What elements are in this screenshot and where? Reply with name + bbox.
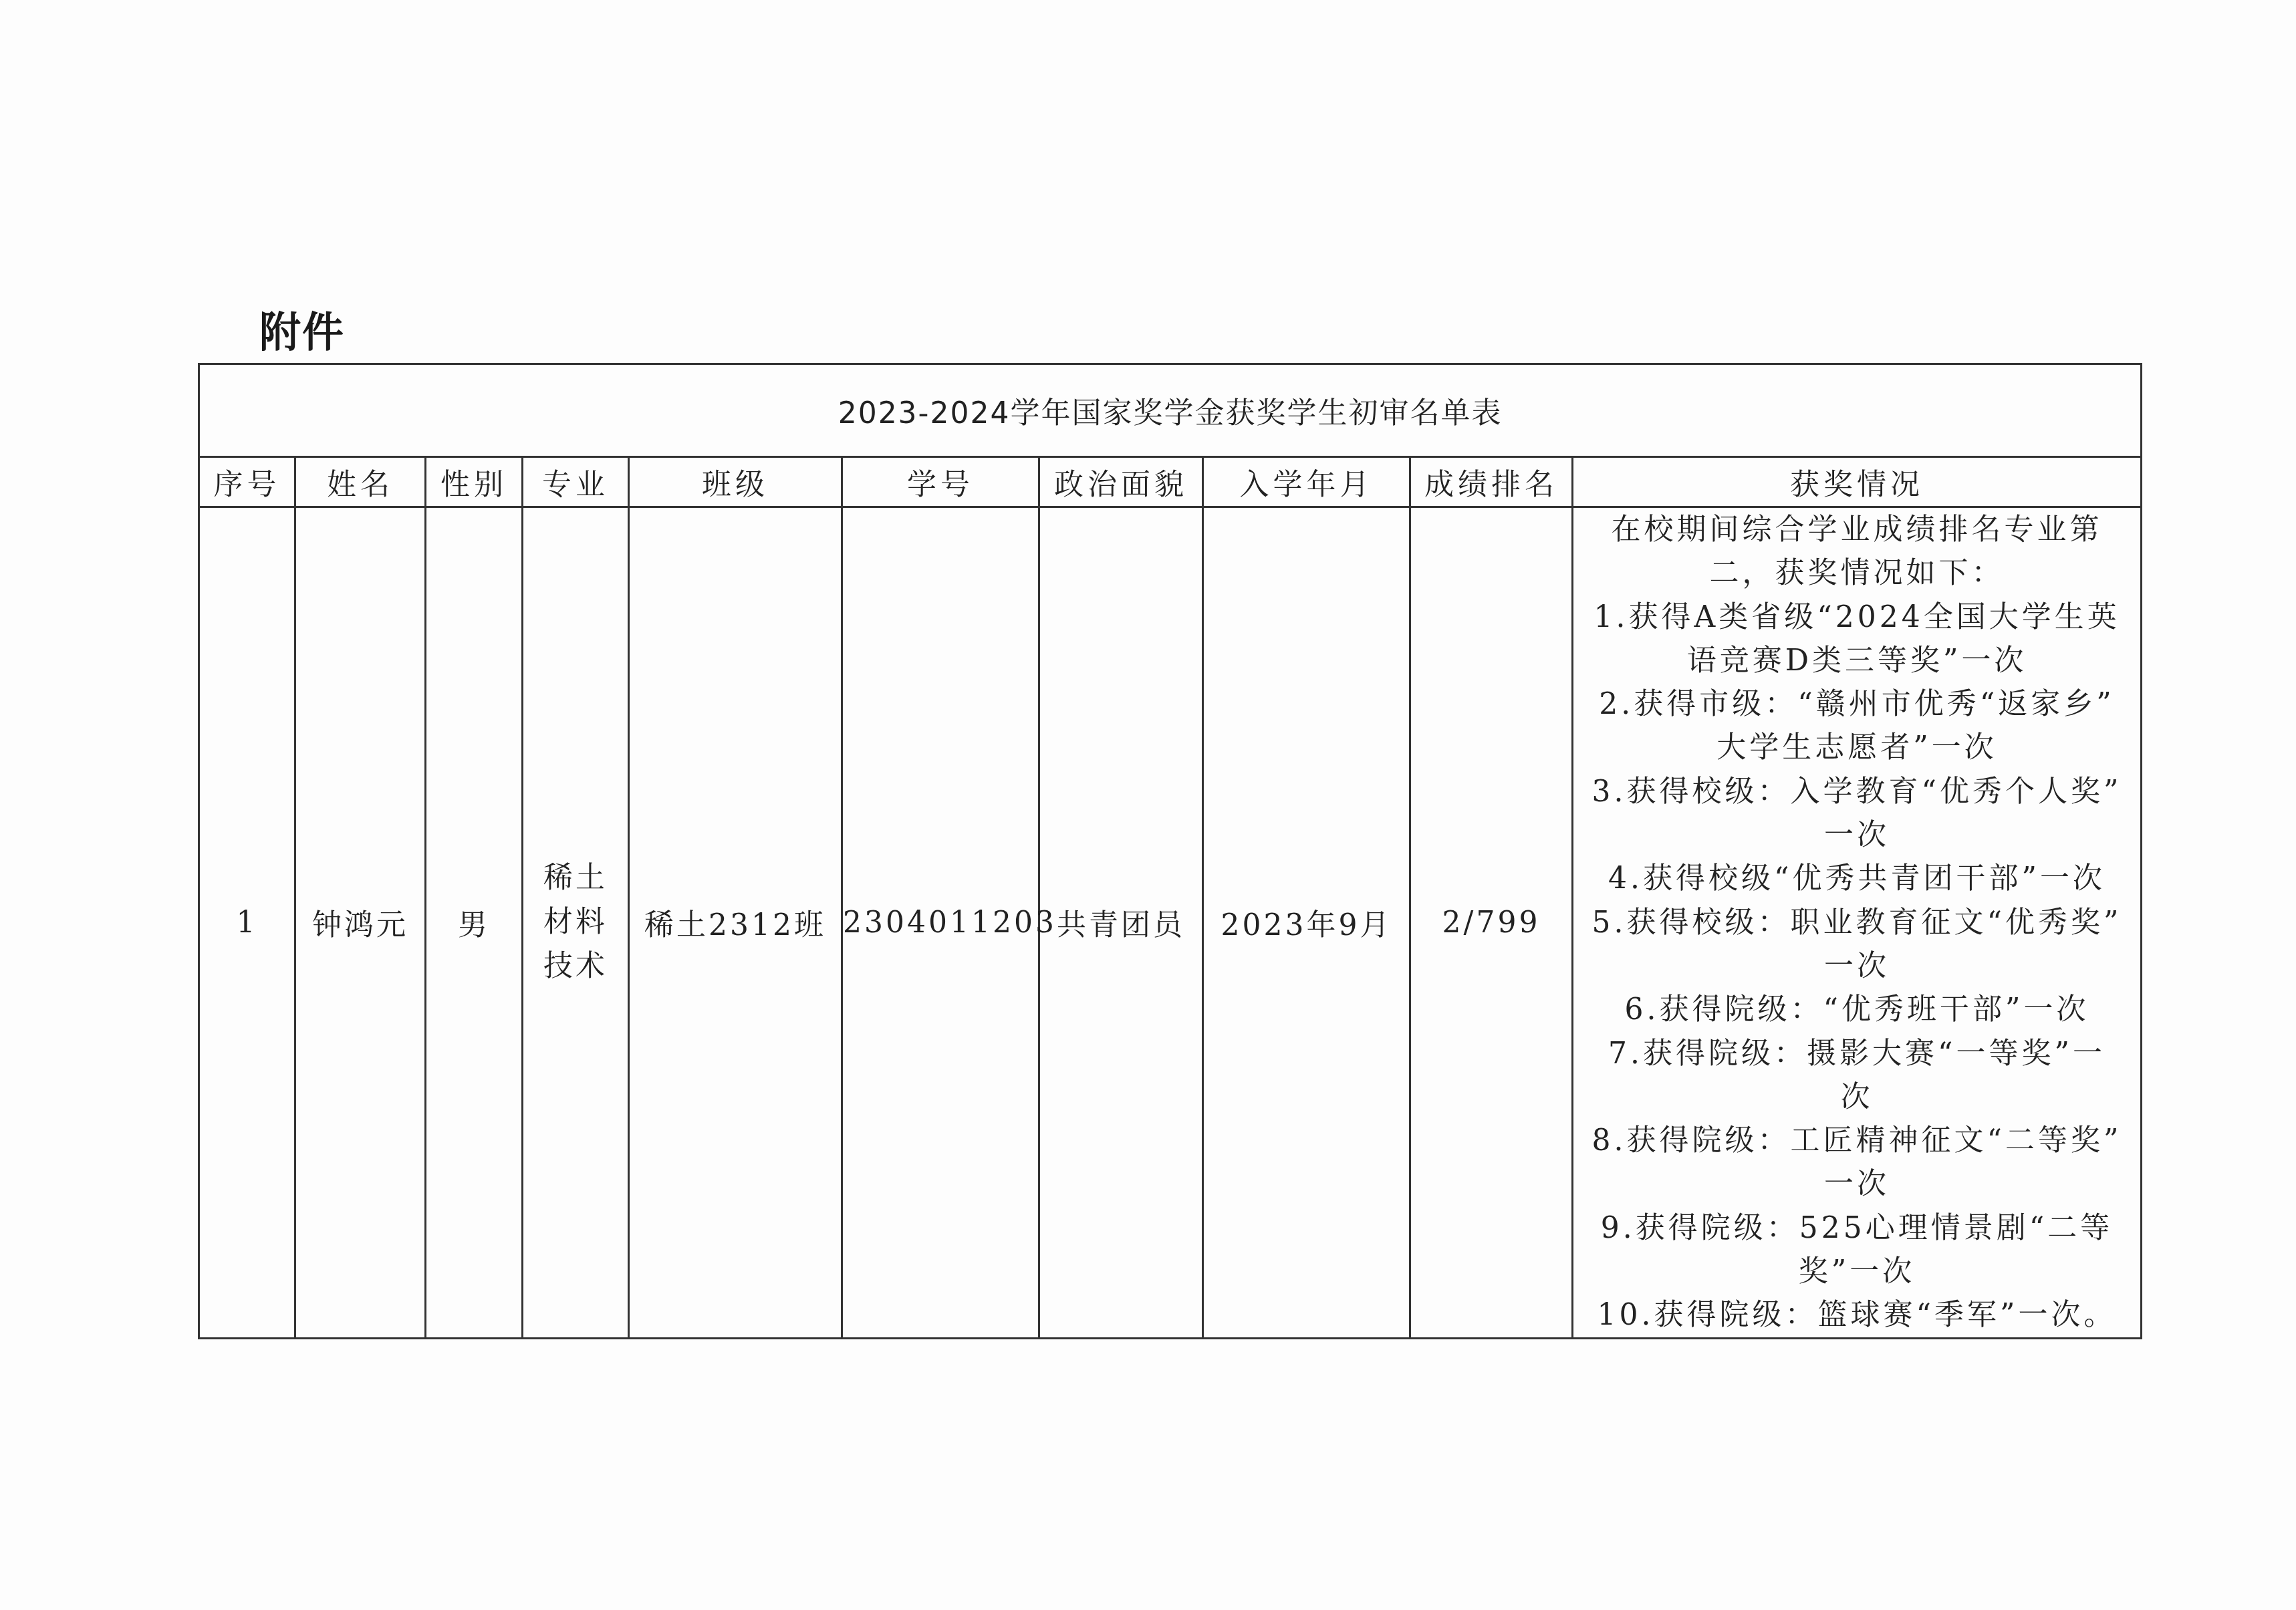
awards-line: 在校期间综合学业成绩排名专业第 [1573,508,2140,551]
column-header-index: 序号 [199,457,295,507]
awards-line: 大学生志愿者”一次 [1573,726,2140,769]
awards-line: 3.获得校级：入学教育“优秀个人奖” [1573,770,2140,813]
awards-line: 一次 [1573,1162,2140,1206]
awards-line: 2.获得市级：“赣州市优秀“返家乡” [1573,682,2140,726]
awards-line: 7.获得院级：摄影大赛“一等奖”一 [1573,1032,2140,1075]
cell-student-id: 2304011203 [842,507,1039,1339]
awards-line: 6.获得院级：“优秀班干部”一次 [1573,988,2140,1031]
major-line: 材料 [523,900,628,944]
table-header-row: 序号 姓名 性别 专业 班级 学号 政治面貌 入学年月 成绩排名 获奖情况 [199,457,2142,507]
awards-line: 语竞赛D类三等奖”一次 [1573,639,2140,682]
cell-political-status: 共青团员 [1039,507,1203,1339]
column-header-gender: 性别 [426,457,523,507]
cell-index: 1 [199,507,295,1339]
column-header-enrollment: 入学年月 [1203,457,1410,507]
column-header-rank: 成绩排名 [1410,457,1573,507]
awards-line: 奖”一次 [1573,1250,2140,1293]
awards-line: 1.获得A类省级“2024全国大学生英 [1573,595,2140,639]
column-header-political-status: 政治面貌 [1039,457,1203,507]
awards-line: 二，获奖情况如下： [1573,551,2140,595]
cell-name: 钟鸿元 [295,507,426,1339]
awards-line: 一次 [1573,944,2140,988]
awards-line: 10.获得院级：篮球赛“季军”一次。 [1573,1293,2140,1337]
cell-awards: 在校期间综合学业成绩排名专业第 二，获奖情况如下： 1.获得A类省级“2024全… [1573,507,2142,1339]
cell-rank: 2/799 [1410,507,1573,1339]
awards-line: 4.获得校级“优秀共青团干部”一次 [1573,857,2140,900]
cell-enrollment: 2023年9月 [1203,507,1410,1339]
awards-line: 8.获得院级：工匠精神征文“二等奖” [1573,1119,2140,1162]
major-line: 稀土 [523,856,628,900]
attachment-label: 附件 [259,299,345,359]
cell-gender: 男 [426,507,523,1339]
major-line: 技术 [523,944,628,988]
column-header-student-id: 学号 [842,457,1039,507]
cell-class: 稀土2312班 [629,507,842,1339]
column-header-class: 班级 [629,457,842,507]
column-header-major: 专业 [523,457,629,507]
table-title: 2023-2024学年国家奖学金获奖学生初审名单表 [199,364,2142,457]
scholarship-roster-table: 2023-2024学年国家奖学金获奖学生初审名单表 序号 姓名 性别 专业 班级… [198,363,2142,1339]
awards-line: 一次 [1573,813,2140,857]
cell-major: 稀土 材料 技术 [523,507,629,1339]
column-header-name: 姓名 [295,457,426,507]
awards-line: 次 [1573,1075,2140,1119]
awards-line: 9.获得院级：525心理情景剧“二等 [1573,1206,2140,1250]
table-row: 1 钟鸿元 男 稀土 材料 技术 稀土2312班 2304011203 共青团员… [199,507,2142,1339]
awards-line: 5.获得校级：职业教育征文“优秀奖” [1573,901,2140,944]
column-header-awards: 获奖情况 [1573,457,2142,507]
